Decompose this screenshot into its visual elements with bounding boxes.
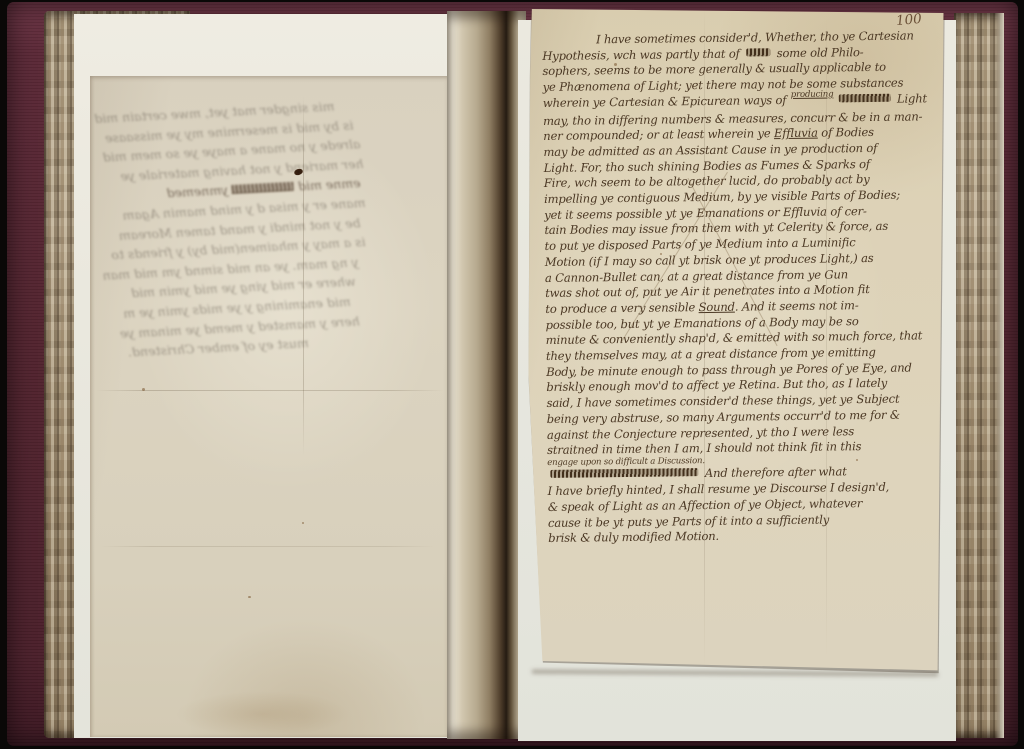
text-segment: against the Conjecture represented, yt t… bbox=[547, 424, 854, 442]
text-segment: twas shot out of, put ye Air it penetrat… bbox=[545, 282, 870, 300]
page-number: 100 bbox=[895, 11, 922, 29]
left-manuscript-leaf: mis singder mat yet, mwe certain midis b… bbox=[90, 76, 448, 737]
ink-deletion-scribble bbox=[232, 182, 294, 194]
text-segment: And therefore after what bbox=[701, 465, 846, 481]
foxing-spot bbox=[660, 253, 662, 255]
manuscript-text: I have sometimes consider'd, Whether, th… bbox=[542, 28, 942, 547]
right-page-fore-edges bbox=[954, 13, 1004, 738]
text-segment: producing bbox=[791, 87, 834, 103]
right-manuscript-leaf: 100 I have sometimes consider'd, Whether… bbox=[526, 7, 946, 675]
text-segment: Hypothesis, wch was partly that of bbox=[542, 46, 743, 62]
vertical-fold-crease bbox=[704, 7, 705, 667]
foxing-spot bbox=[248, 596, 251, 598]
vertical-crease bbox=[303, 96, 304, 456]
horizontal-fold-crease bbox=[96, 390, 444, 391]
ink-deletion-scribble bbox=[838, 94, 890, 103]
text-segment: ner compounded; or at least wherein ye bbox=[543, 126, 774, 143]
text-segment: possible too, but yt ye Emanations of a … bbox=[545, 314, 858, 332]
text-segment: to produce a very sensible bbox=[545, 300, 698, 316]
book-gutter bbox=[447, 11, 526, 739]
ink-deletion-scribble bbox=[746, 48, 770, 56]
bleed-through-text: mis singder mat yet, mwe certain midis b… bbox=[98, 95, 373, 363]
vertical-fold-crease bbox=[826, 17, 827, 657]
bottom-stain bbox=[175, 691, 350, 737]
text-segment: cause it be yt puts ye Parts of it into … bbox=[548, 512, 829, 529]
text-segment: brisk & duly modified Motion. bbox=[548, 529, 719, 545]
text-segment: ymnemed bbox=[166, 182, 232, 200]
foxing-spot bbox=[142, 388, 145, 391]
foxing-spot bbox=[828, 135, 830, 137]
foxing-spot bbox=[614, 63, 617, 66]
text-segment: a Cannon-Bullet can, at a great distance… bbox=[545, 267, 848, 285]
text-segment: some old Philo- bbox=[773, 45, 864, 60]
foxing-spot bbox=[736, 339, 739, 341]
text-segment: Effluvia bbox=[774, 126, 818, 141]
horizontal-fold-crease bbox=[100, 546, 436, 547]
ink-deletion-scribble bbox=[550, 469, 698, 479]
text-segment: I have sometimes consider'd, Whether, th… bbox=[596, 28, 914, 46]
text-segment: Light. For, tho such shining Bodies as F… bbox=[544, 157, 870, 175]
foxing-spot bbox=[302, 522, 304, 524]
text-segment: wherein ye Cartesian & Epicurean ways of bbox=[543, 93, 790, 110]
text-segment: Fire, wch seem to be altogether lucid, d… bbox=[544, 172, 870, 190]
foxing-spot bbox=[856, 459, 858, 461]
book-photo: mis singder mat yet, mwe certain midis b… bbox=[0, 0, 1024, 749]
text-segment: Light bbox=[893, 91, 927, 105]
text-segment: to put ye disposed Parts of ye Medium in… bbox=[545, 235, 856, 253]
